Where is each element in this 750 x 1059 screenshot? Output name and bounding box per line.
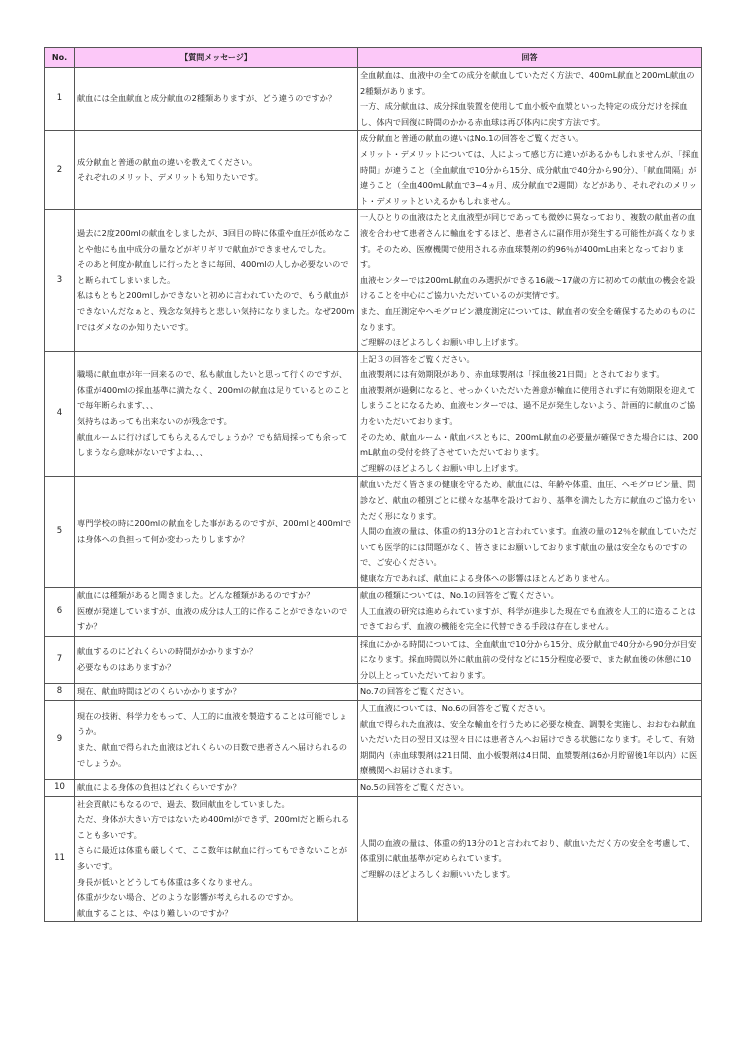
answer-cell: 上記３の回答をご覧ください。 血液製剤には有効期限があり、赤血球製剤は「採血後2…: [358, 351, 702, 477]
row-number: 9: [45, 700, 75, 779]
table-row: 11 社会貢献にもなるので、過去、数回献血をしていました。 ただ、身体が大きい方…: [45, 796, 702, 922]
table-row: 10 献血による身体の負担はどれくらいですか？ No.5の回答をご覧ください。: [45, 779, 702, 796]
answer-cell: 成分献血と普通の献血の違いはNo.1の回答をご覧ください。 メリット・デメリット…: [358, 131, 702, 210]
question-cell: 献血による身体の負担はどれくらいですか？: [75, 779, 358, 796]
row-number: 1: [45, 68, 75, 131]
question-cell: 過去に2度200mlの献血をしましたが、3回目の時に体重や血圧が低めなことや他に…: [75, 210, 358, 351]
question-cell: 献血には種類があると聞きました。どんな種類があるのですか？ 医療が発達しています…: [75, 587, 358, 636]
row-number: 4: [45, 351, 75, 477]
faq-table: No. 【質問メッセージ】 回答 1 献血には全血献血と成分献血の2種類あります…: [44, 47, 702, 922]
table-row: 6 献血には種類があると聞きました。どんな種類があるのですか？ 医療が発達してい…: [45, 587, 702, 636]
column-header-question: 【質問メッセージ】: [75, 48, 358, 68]
question-cell: 現在、献血時間はどのくらいかかりますか？: [75, 684, 358, 701]
answer-cell: No.7の回答をご覧ください。: [358, 684, 702, 701]
answer-cell: 献血の種類については、No.1の回答をご覧ください。 人工血液の研究は進められて…: [358, 587, 702, 636]
answer-cell: 採血にかかる時間については、全血献血で10分から15分、成分献血で40分から90…: [358, 636, 702, 684]
answer-cell: 人工血液については、No.6の回答をご覧ください。 献血で得られた血液は、安全な…: [358, 700, 702, 779]
table-row: 8 現在、献血時間はどのくらいかかりますか？ No.7の回答をご覧ください。: [45, 684, 702, 701]
question-cell: 社会貢献にもなるので、過去、数回献血をしていました。 ただ、身体が大きい方ではな…: [75, 796, 358, 922]
table-row: 9 現在の技術、科学力をもって、人工的に血液を製造することは可能でしょうか。 ま…: [45, 700, 702, 779]
column-header-answer: 回答: [358, 48, 702, 68]
row-number: 5: [45, 477, 75, 587]
table-row: 1 献血には全血献血と成分献血の2種類ありますが、どう違うのですか？ 全血献血は…: [45, 68, 702, 131]
row-number: 10: [45, 779, 75, 796]
row-number: 7: [45, 636, 75, 684]
question-cell: 成分献血と普通の献血の違いを教えてください。 それぞれのメリット、デメリットも知…: [75, 131, 358, 210]
row-number: 3: [45, 210, 75, 351]
question-cell: 献血には全血献血と成分献血の2種類ありますが、どう違うのですか？: [75, 68, 358, 131]
question-cell: 専門学校の時に200mlの献血をした事があるのですが、200mlと400mlでは…: [75, 477, 358, 587]
table-row: 5 専門学校の時に200mlの献血をした事があるのですが、200mlと400ml…: [45, 477, 702, 587]
row-number: 6: [45, 587, 75, 636]
answer-cell: 人間の血液の量は、体重の約13分の1と言われており、献血いただく方の安全を考慮し…: [358, 796, 702, 922]
row-number: 2: [45, 131, 75, 210]
answer-cell: No.5の回答をご覧ください。: [358, 779, 702, 796]
question-cell: 現在の技術、科学力をもって、人工的に血液を製造することは可能でしょうか。 また、…: [75, 700, 358, 779]
table-row: 4 職場に献血車が年一回来るので、私も献血したいと思って行くのですが、体重が40…: [45, 351, 702, 477]
row-number: 8: [45, 684, 75, 701]
column-header-no: No.: [45, 48, 75, 68]
answer-cell: 全血献血は、血液中の全ての成分を献血していただく方法で、400mL献血と200m…: [358, 68, 702, 131]
answer-cell: 一人ひとりの血液はたとえ血液型が同じであっても微妙に異なっており、複数の献血者の…: [358, 210, 702, 351]
row-number: 11: [45, 796, 75, 922]
question-cell: 職場に献血車が年一回来るので、私も献血したいと思って行くのですが、体重が400m…: [75, 351, 358, 477]
table-row: 7 献血するのにどれくらいの時間がかかりますか？ 必要なものはありますか？ 採血…: [45, 636, 702, 684]
answer-cell: 献血いただく皆さまの健康を守るため、献血には、年齢や体重、血圧、ヘモグロビン量、…: [358, 477, 702, 587]
table-row: 3 過去に2度200mlの献血をしましたが、3回目の時に体重や血圧が低めなことや…: [45, 210, 702, 351]
table-row: 2 成分献血と普通の献血の違いを教えてください。 それぞれのメリット、デメリット…: [45, 131, 702, 210]
header-row: No. 【質問メッセージ】 回答: [45, 48, 702, 68]
question-cell: 献血するのにどれくらいの時間がかかりますか？ 必要なものはありますか？: [75, 636, 358, 684]
